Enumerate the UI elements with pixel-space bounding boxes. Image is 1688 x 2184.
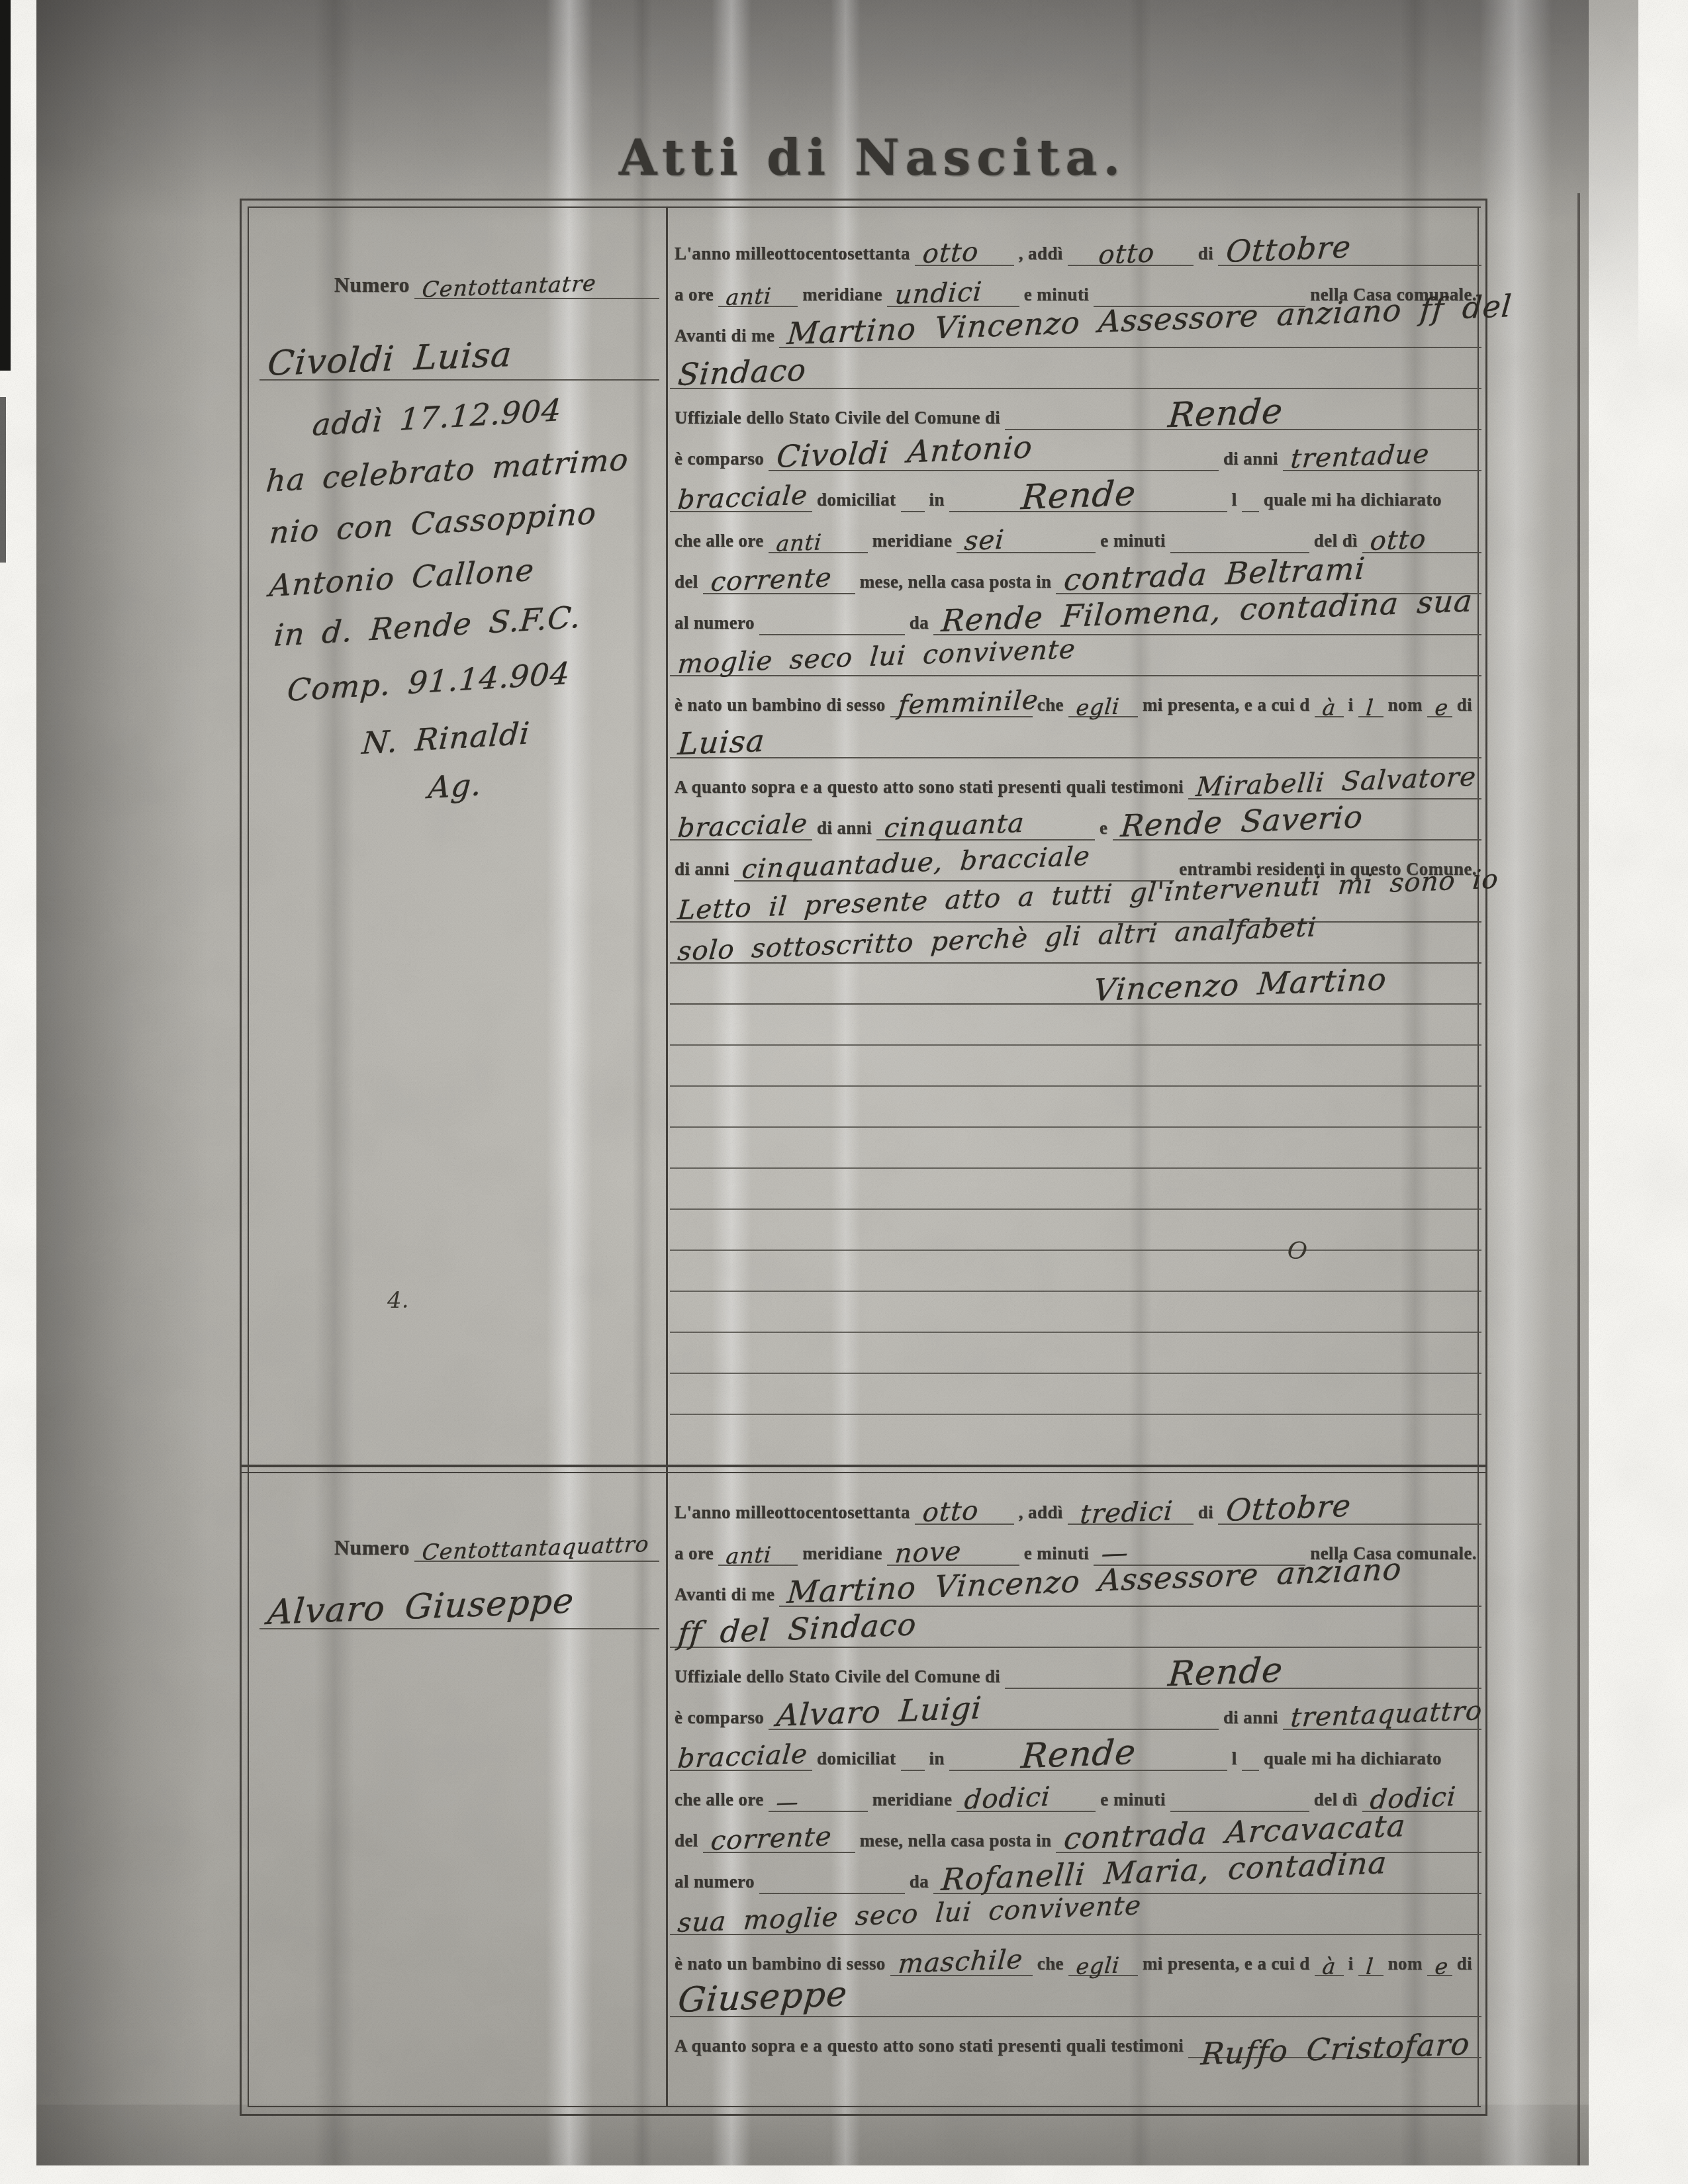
blank-line: Mirabelli Salvatore (1188, 790, 1481, 799)
printed-label: , addì (1014, 1502, 1068, 1525)
hw-ora: undici (894, 277, 984, 310)
frame-top-inner (248, 206, 1481, 208)
hw-testimone2: Rende Saverio (1119, 799, 1364, 844)
printed-label: è comparso (670, 449, 769, 471)
blank-line: à (1315, 1966, 1344, 1976)
printed-label: A quanto sopra e a questo atto sono stat… (670, 777, 1188, 799)
ruled-line (670, 1414, 1481, 1415)
printed-label: L'anno milleottocentosettanta (670, 1502, 915, 1525)
page-right-edge-line (1577, 193, 1580, 2165)
printed-label: a ore (670, 1543, 718, 1566)
hw-sesso: femminile (897, 685, 1040, 721)
record2-numero-row: Numero Centottantaquattro (330, 1527, 659, 1562)
record1-row-ufficiale2: Sindaco (670, 355, 1481, 389)
numero-label: Numero (330, 273, 414, 299)
hw-ora-nascita: sei (963, 525, 1006, 557)
page-title: Atti di Nascita. (619, 130, 1126, 187)
record1-row-ufficiale: Avanti di me Martino Vincenzo Assessore … (670, 314, 1481, 348)
numero-blank-line: Centottantatre (414, 289, 659, 299)
blank-line: Vincenzo Martino (670, 995, 1481, 1005)
printed-label: meridiane (798, 1543, 887, 1566)
printed-label: di anni (670, 859, 734, 882)
ruled-line (670, 1291, 1481, 1292)
scan-edge-strip (0, 397, 6, 563)
hw-ufficiale2: Sindaco (677, 352, 808, 392)
hw-ore-prefix: anti (725, 1541, 773, 1569)
printed-label: mese, nella casa posta in (855, 572, 1056, 594)
printed-label: di (1452, 695, 1477, 717)
blank-line (1170, 543, 1309, 553)
hw-domicilio: Rende (1019, 1733, 1137, 1777)
hw-nom-suffix: e (1434, 694, 1450, 721)
scan-edge-strip (0, 0, 11, 371)
hw-giorno: tredici (1079, 1496, 1174, 1529)
hw-d-suffix: à (1321, 1953, 1337, 1979)
hw-sesso: maschile (897, 1944, 1024, 1979)
hw-ora: nove (894, 1536, 962, 1569)
record1-row-ora-nascita: che alle ore anti meridiane sei e minuti… (670, 519, 1481, 553)
hw-ore-prefix: anti (725, 283, 773, 310)
record2-row-madre2: sua moglie seco lui convivente (670, 1901, 1481, 1935)
printed-label: e minuti (1096, 1790, 1170, 1812)
record2-row-madre: al numero da Rofanelli Maria, contadina (670, 1860, 1481, 1894)
record1-row-chiusura1: Letto il presente atto a tutti gl'interv… (670, 888, 1481, 923)
hw-comune: Rende (1167, 392, 1285, 436)
numero-label: Numero (330, 1535, 414, 1562)
record-separator-line (242, 1465, 1486, 1467)
record-separator-line (242, 1472, 1486, 1473)
blank-line: egli (1068, 707, 1138, 717)
record1-row-comune: Uffiziale dello Stato Civile del Comune … (670, 396, 1481, 430)
printed-label: da (905, 613, 933, 635)
printed-label: di (1194, 1502, 1218, 1525)
blank-line: trentadue (1283, 461, 1481, 471)
record1-row-testimone2: bracciale di anni cinquanta e Rende Save… (670, 806, 1481, 841)
printed-label: è comparso (670, 1707, 769, 1730)
hw-comune: Rende (1167, 1651, 1285, 1695)
printed-label: domiciliat (812, 1749, 901, 1771)
blank-line: Rende Saverio (1113, 831, 1482, 841)
blank-line: corrente (703, 1843, 855, 1853)
blank-line: bracciale (670, 831, 812, 841)
hw-dichiarante: Alvaro Luigi (775, 1690, 983, 1733)
printed-label: meridiane (798, 285, 887, 307)
record2-row-ufficiale2: ff del Sindaco (670, 1614, 1481, 1648)
hw-mese: Ottobre (1225, 229, 1352, 269)
hw-i-suffix: l (1365, 695, 1375, 721)
printed-label: di anni (1219, 449, 1283, 471)
blank-line: bracciale (670, 1761, 812, 1771)
blank-line: cinquanta (876, 831, 1095, 841)
printed-label: di anni (1219, 1707, 1283, 1730)
blank-line: moglie seco lui convivente (670, 666, 1481, 676)
printed-label: da (905, 1872, 933, 1894)
blank-line: tredici (1068, 1515, 1194, 1525)
blank-line: bracciale (670, 502, 812, 512)
record1-row-madre: al numero da Rende Filomena, contadina s… (670, 601, 1481, 635)
record2-row-testimoni: A quanto sopra e a questo atto sono stat… (670, 2024, 1481, 2058)
hw-eta: trentadue (1289, 439, 1430, 475)
blank-line: Giuseppe (670, 2007, 1481, 2017)
dark-streak (314, 0, 354, 2165)
printed-label: Uffiziale dello Stato Civile del Comune … (670, 1666, 1005, 1689)
record1-row-nome: Luisa (670, 724, 1481, 758)
record2-row-ora-nascita: che alle ore — meridiane dodici e minuti… (670, 1778, 1481, 1812)
hw-testimone1: Mirabelli Salvatore (1195, 762, 1477, 803)
printed-label: quale mi ha dichiarato (1259, 1749, 1446, 1771)
printed-label: di anni (812, 818, 876, 841)
ruled-line (670, 1208, 1481, 1210)
printed-label: in (925, 1749, 949, 1771)
printed-label: a ore (670, 285, 718, 307)
hw-nome-bambino: Giuseppe (677, 1974, 849, 2021)
printed-label: , addì (1014, 244, 1068, 266)
hw-pronome: egli (1075, 694, 1121, 721)
hw-professione: bracciale (677, 480, 809, 516)
printed-label: del (670, 572, 703, 594)
record2-row-anno: L'anno milleottocentosettanta otto , add… (670, 1490, 1481, 1525)
blank-line: l (1358, 707, 1383, 717)
blank-line: Luisa (670, 749, 1481, 758)
ruled-line (670, 1126, 1481, 1128)
blank-line: otto (915, 256, 1014, 266)
hw-ora-nascita-prefix: — (775, 1789, 800, 1815)
blank-line: otto (1362, 543, 1481, 553)
hw-professione: bracciale (677, 1739, 809, 1774)
printed-label: mi presenta, e a cui d (1138, 695, 1315, 717)
printed-label: e minuti (1019, 285, 1094, 307)
hw-ora-nascita: dodici (963, 1782, 1052, 1815)
hw-eta: trentaquattro (1289, 1696, 1483, 1733)
record2-row-domicilio: bracciale domiciliat in Rende l quale mi… (670, 1737, 1481, 1771)
hw-testimone1-eta: cinquanta (883, 808, 1026, 844)
blank-line: anti (718, 1556, 798, 1566)
blank-line (901, 502, 925, 512)
printed-label: che (1033, 1954, 1068, 1976)
ruled-line (670, 1044, 1481, 1046)
record1-numero-row: Numero Centottantatre (330, 265, 659, 299)
record2-row-comparso: è comparso Alvaro Luigi di anni trentaqu… (670, 1696, 1481, 1730)
printed-label: Avanti di me (670, 326, 779, 348)
frame-bottom-inner (248, 2106, 1481, 2107)
blank-line: trentaquattro (1283, 1720, 1481, 1730)
printed-label: del dì (1309, 1790, 1362, 1812)
record1-row-testimoni: A quanto sopra e a questo atto sono stat… (670, 765, 1481, 799)
blank-line: Sindaco (670, 379, 1481, 389)
blank-line: Rende Filomena, contadina sua (933, 625, 1481, 635)
binding-gutter-shadow (36, 0, 209, 2165)
blank-line (1242, 502, 1259, 512)
blank-line: nove (887, 1556, 1019, 1566)
blank-line: Rende (949, 1761, 1227, 1771)
hw-i-suffix: l (1365, 1954, 1375, 1979)
blank-line: Ottobre (1218, 1515, 1481, 1525)
frame-right-outer (1485, 199, 1487, 2116)
printed-label: e minuti (1096, 531, 1170, 553)
frame-left-inner (248, 206, 249, 2107)
blank-line: Ruffo Cristofaro (1188, 2048, 1481, 2058)
blank-line: Rende (1005, 420, 1481, 430)
printed-label: che alle ore (670, 531, 769, 553)
record2-row-comune: Uffiziale dello Stato Civile del Comune … (670, 1655, 1481, 1689)
record1-row-chiusura2: solo sottoscritto perchè gli altri analf… (670, 929, 1481, 964)
record1-margin-name-row: Civoldi Luisa (259, 346, 659, 381)
printed-label: mi presenta, e a cui d (1138, 1954, 1315, 1976)
hw-pronome: egli (1075, 1952, 1121, 1979)
record2-row-nato: è nato un bambino di sesso maschile che … (670, 1942, 1481, 1976)
blank-line (759, 1884, 905, 1894)
record1-row-domicilio: bracciale domiciliat in Rende l quale mi… (670, 478, 1481, 512)
printed-label: e (1095, 818, 1112, 841)
printed-label: quale mi ha dichiarato (1259, 490, 1446, 512)
hw-testimone2-eta: cinquantadue, bracciale (741, 841, 1092, 885)
record1-margin-initials: Ag. (427, 766, 483, 805)
ruled-line (670, 1167, 1481, 1169)
hw-domicilio: Rende (1019, 474, 1137, 518)
blank-line: maschile (890, 1966, 1033, 1976)
frame-bottom-outer (240, 2114, 1487, 2116)
blank-line: Civoldi Antonio (769, 461, 1219, 471)
blank-line: e (1427, 1966, 1452, 1976)
printed-label: i (1344, 1954, 1358, 1976)
dark-streak (632, 0, 652, 2165)
margin-name-line: Civoldi Luisa (259, 371, 659, 381)
blank-line (1170, 1802, 1309, 1812)
blank-line: à (1315, 707, 1344, 717)
record2-numero-value: Centottantaquattro (421, 1531, 650, 1565)
hw-nom-suffix: e (1434, 1953, 1450, 1979)
ruled-line (670, 1250, 1481, 1251)
blank-line: Ottobre (1218, 256, 1481, 266)
record1-row-madre2: moglie seco lui convivente (670, 642, 1481, 676)
printed-label: mese, nella casa posta in (855, 1831, 1056, 1853)
hw-d-suffix: à (1321, 694, 1337, 721)
hw-giorno-nascita: otto (1369, 524, 1428, 557)
record1-row-nato: è nato un bambino di sesso femminile che… (670, 683, 1481, 717)
blank-line (759, 625, 905, 635)
page-corner-fade (1589, 0, 1638, 357)
blank-line: otto (915, 1515, 1014, 1525)
fold-streak (1479, 0, 1552, 2165)
ruled-line (670, 1085, 1481, 1087)
record1-numero-value: Centottantatre (421, 270, 597, 302)
scanned-birth-register-page: { "title": "Atti di Nascita.", "labels":… (0, 0, 1688, 2184)
blank-line: Rofanelli Maria, contadina (933, 1884, 1481, 1894)
printed-label: l (1227, 1749, 1242, 1771)
hw-giorno: otto (1098, 238, 1156, 270)
printed-label: l (1227, 490, 1242, 512)
printed-label: del (670, 1831, 703, 1853)
printed-label: al numero (670, 1872, 759, 1894)
frame-top-outer (240, 199, 1487, 201)
hw-ufficiale2: ff del Sindaco (677, 1606, 918, 1651)
blank-line: undici (887, 297, 1019, 307)
printed-label: meridiane (868, 531, 957, 553)
blank-line: anti (718, 297, 798, 307)
stray-ink-mark: O (1286, 1236, 1309, 1266)
fold-streak (546, 0, 592, 2165)
blank-line: Martino Vincenzo Assessore anziano ff de… (779, 338, 1481, 348)
blank-line (1242, 1761, 1259, 1771)
printed-label: in (925, 490, 949, 512)
blank-line: Rende (949, 502, 1227, 512)
printed-label: nom (1383, 695, 1427, 717)
blank-line: otto (1068, 256, 1194, 266)
blank-line: sua moglie seco lui convivente (670, 1925, 1481, 1935)
blank-line: l (1358, 1966, 1383, 1976)
printed-label: meridiane (868, 1790, 957, 1812)
blank-line: Rende (1005, 1679, 1481, 1689)
printed-label: L'anno milleottocentosettanta (670, 244, 915, 266)
blank-line: egli (1068, 1966, 1138, 1976)
printed-label: nom (1383, 1954, 1427, 1976)
ruled-line (670, 1373, 1481, 1374)
frame-left-outer (240, 199, 242, 2116)
hw-nome-bambino: Luisa (677, 723, 767, 762)
record1-row-anno: L'anno milleottocentosettanta otto , add… (670, 232, 1481, 266)
blank-line: ff del Sindaco (670, 1638, 1481, 1648)
printed-label: del dì (1309, 531, 1362, 553)
printed-label: è nato un bambino di sesso (670, 695, 890, 717)
printed-label: e minuti (1019, 1543, 1094, 1566)
margin-name-line: Alvaro Giuseppe (259, 1619, 659, 1629)
ruled-line (670, 1332, 1481, 1333)
printed-label: di (1452, 1954, 1477, 1976)
column-divider (666, 206, 668, 2107)
blank-line: Alvaro Luigi (769, 1720, 1219, 1730)
record1-row-firma: Vincenzo Martino (670, 970, 1481, 1005)
hw-mese: Ottobre (1225, 1488, 1352, 1528)
photocopy-top-shadow (36, 0, 1589, 225)
record1-row-comparso: è comparso Civoldi Antonio di anni trent… (670, 437, 1481, 471)
printed-label: Avanti di me (670, 1584, 779, 1607)
hw-testimone1-prof: bracciale (677, 809, 809, 844)
blank-line: e (1427, 707, 1452, 717)
printed-label: che alle ore (670, 1790, 769, 1812)
blank-line: anti (769, 543, 868, 553)
hw-mese-nascita: corrente (710, 1821, 833, 1856)
printed-label: domiciliat (812, 490, 901, 512)
printed-label: Uffiziale dello Stato Civile del Comune … (670, 408, 1005, 430)
blank-line: corrente (703, 584, 855, 594)
hw-anno: otto (921, 1496, 980, 1528)
printed-label: è nato un bambino di sesso (670, 1954, 890, 1976)
blank-line (901, 1761, 925, 1771)
blank-line: Martino Vincenzo Assessore anziano (779, 1597, 1481, 1607)
numero-blank-line: Centottantaquattro (414, 1552, 659, 1562)
hw-anno: otto (921, 237, 980, 269)
printed-label: i (1344, 695, 1358, 717)
hw-ora-nascita-prefix: anti (775, 529, 823, 557)
printed-label: A quanto sopra e a questo atto sono stat… (670, 2036, 1188, 2058)
blank-line: dodici (957, 1802, 1096, 1812)
printed-label: al numero (670, 613, 759, 635)
hw-mese-nascita: corrente (710, 563, 833, 598)
printed-label: di (1194, 244, 1218, 266)
stray-ink-mark: 4. (387, 1287, 408, 1314)
record2-row-ufficiale: Avanti di me Martino Vincenzo Assessore … (670, 1572, 1481, 1607)
record2-row-nome: Giuseppe (670, 1983, 1481, 2017)
record2-margin-name-row: Alvaro Giuseppe (259, 1595, 659, 1629)
blank-line: — (769, 1802, 868, 1812)
blank-line: sei (957, 543, 1096, 553)
blank-line: femminile (890, 707, 1033, 717)
